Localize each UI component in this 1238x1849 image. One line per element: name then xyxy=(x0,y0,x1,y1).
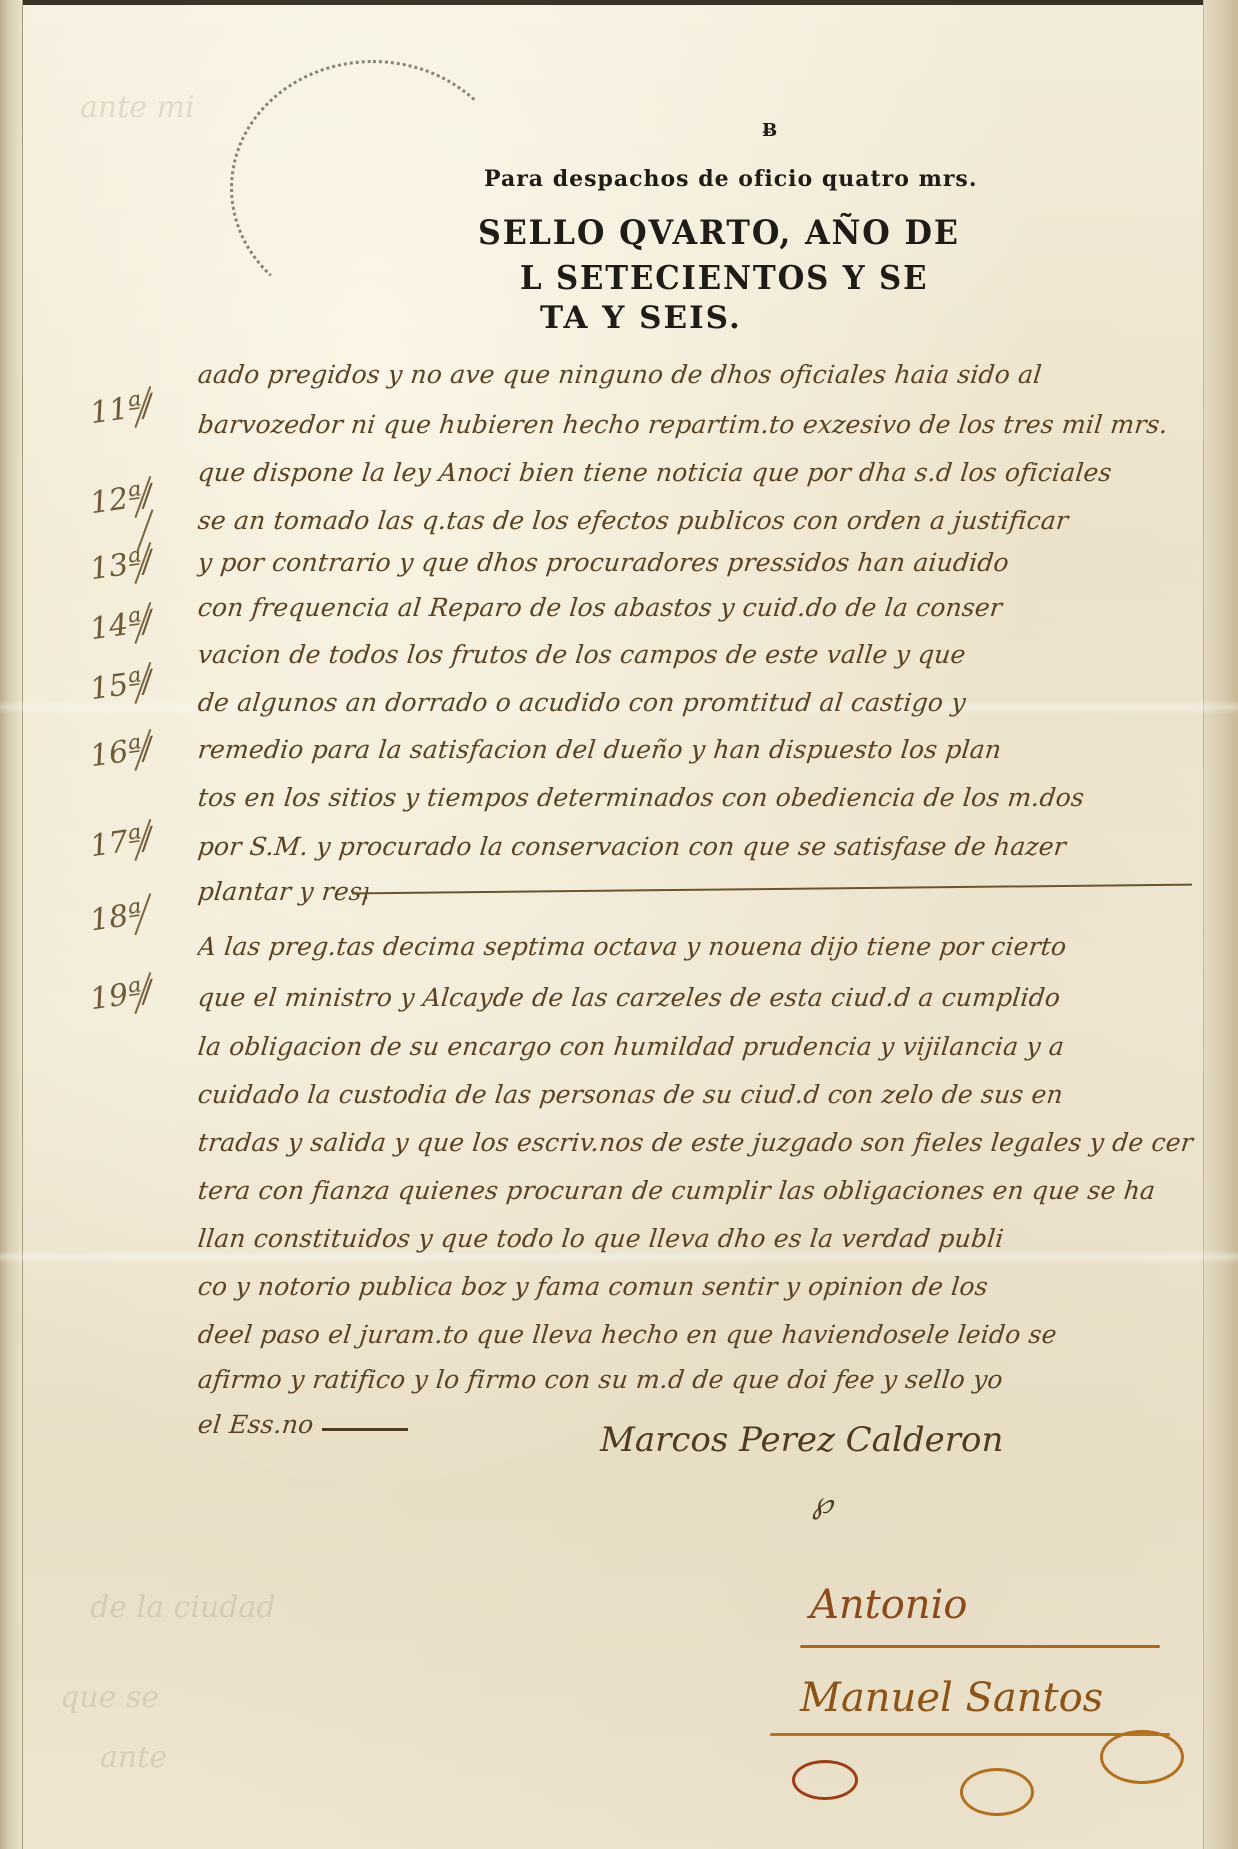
stamp-subtitle: Para despachos de oficio quatro mrs. xyxy=(484,166,977,192)
manuscript-line: barvozedor ni que hubieren hecho reparti… xyxy=(196,410,1199,439)
manuscript-line: que dispone la ley Anoci bien tiene noti… xyxy=(196,458,1199,487)
signature-flourish xyxy=(800,1645,1160,1648)
manuscript-line: deel paso el juram.to que lleva hecho en… xyxy=(196,1320,1199,1349)
rubric-flourish-icon xyxy=(960,1768,1034,1816)
line-filler-rule xyxy=(322,1428,408,1431)
bleed-through-text: ante mi xyxy=(80,90,195,125)
signature-official-2: Manuel Santos xyxy=(800,1675,1103,1721)
bleed-through-text: de la ciudad xyxy=(90,1590,276,1625)
margin-number: 11ª/ xyxy=(88,388,155,431)
margin-number: 13ª/ xyxy=(88,544,155,587)
manuscript-line: vacion de todos los frutos de los campos… xyxy=(196,640,1199,669)
signature-rubric: ℘ xyxy=(812,1486,833,1521)
margin-number: 16ª/ xyxy=(88,731,155,774)
seal-ring-stamp xyxy=(230,60,516,316)
line-filler-rule xyxy=(352,884,1192,895)
manuscript-page: ante mi de la ciudad que se ante Ƀ Para … xyxy=(0,0,1238,1849)
manuscript-line: plantar y responde xyxy=(196,877,369,906)
page-top-edge xyxy=(0,0,1238,5)
binding-fold-left xyxy=(0,0,23,1849)
manuscript-line: y por contrario y que dhos procuradores … xyxy=(196,548,1199,577)
stamp-title-line-3: TA Y SEIS. xyxy=(540,300,742,336)
margin-number: 14ª/ xyxy=(88,604,155,647)
signature-flourish xyxy=(770,1733,1170,1736)
manuscript-line: llan constituidos y que todo lo que llev… xyxy=(196,1224,1199,1253)
manuscript-line: afirmo y ratifico y lo firmo con su m.d … xyxy=(196,1365,1199,1394)
margin-number: 18ª xyxy=(88,897,145,939)
manuscript-line: con frequencia al Reparo de los abastos … xyxy=(196,593,1199,622)
margin-number: 12ª/ xyxy=(88,478,155,521)
manuscript-line: tradas y salida y que los escriv.nos de … xyxy=(196,1128,1199,1157)
signature-witness: Marcos Perez Calderon xyxy=(600,1420,1003,1460)
manuscript-line: la obligacion de su encargo con humildad… xyxy=(196,1032,1199,1061)
manuscript-line: cuidado la custodia de las personas de s… xyxy=(196,1080,1199,1109)
stamp-number: Ƀ xyxy=(762,120,777,141)
manuscript-line: por S.M. y procurado la conservacion con… xyxy=(196,832,1199,861)
margin-number: 17ª/ xyxy=(88,821,155,864)
manuscript-line: se an tomado las q.tas de los efectos pu… xyxy=(196,506,1199,535)
manuscript-line: el Ess.no xyxy=(196,1410,319,1439)
rubric-flourish-icon xyxy=(1100,1730,1184,1784)
page-edge-right xyxy=(1203,0,1238,1849)
bleed-through-text: que se xyxy=(60,1680,159,1715)
margin-number: 19ª/ xyxy=(88,974,155,1017)
signature-official-1: Antonio xyxy=(810,1582,967,1628)
manuscript-line: que el ministro y Alcayde de las carzele… xyxy=(196,983,1199,1012)
rubric-flourish-icon xyxy=(792,1760,858,1800)
manuscript-line: tos en los sitios y tiempos determinados… xyxy=(196,783,1199,812)
manuscript-line: aado pregidos y no ave que ninguno de dh… xyxy=(196,360,1199,389)
stamp-title-line-1: SELLO QVARTO, AÑO DE xyxy=(478,213,960,253)
bleed-through-text: ante xyxy=(100,1740,167,1775)
manuscript-line: A las preg.tas decima septima octava y n… xyxy=(196,932,1199,961)
manuscript-line: remedio para la satisfacion del dueño y … xyxy=(196,735,1199,764)
manuscript-line: tera con fianza quienes procuran de cump… xyxy=(196,1176,1199,1205)
manuscript-line: co y notorio publica boz y fama comun se… xyxy=(196,1272,1199,1301)
manuscript-line: de algunos an dorrado o acudido con prom… xyxy=(196,688,1199,717)
stamp-title-line-2: L SETECIENTOS Y SE xyxy=(520,258,928,297)
